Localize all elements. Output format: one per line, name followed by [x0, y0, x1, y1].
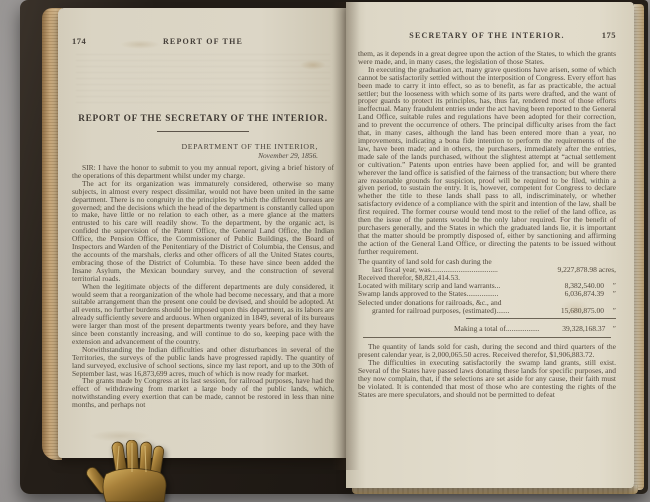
ditto-mark: ″	[604, 307, 616, 315]
report-title: REPORT OF THE SECRETARY OF THE INTERIOR.	[72, 114, 334, 124]
row-label: last fiscal year, was...................…	[358, 266, 498, 274]
total-value: 39,328,168.37	[539, 325, 605, 333]
paragraph: The difficulties in executing satisfacto…	[358, 359, 616, 399]
row-value: 15,680,875.00	[538, 307, 604, 315]
table-row: Swamp lands approved to the States......…	[358, 290, 616, 298]
row-label: Received therefor, $8,821,414.53.	[358, 274, 460, 282]
left-page: 174 REPORT OF THE 174 REPORT OF THE SECR…	[58, 8, 346, 458]
right-running-head: 175 SECRETARY OF THE INTERIOR. 175	[358, 30, 616, 40]
ditto-mark: ″	[604, 290, 616, 298]
title-rule	[157, 131, 249, 132]
book-photo: 174 REPORT OF THE 174 REPORT OF THE SECR…	[0, 0, 650, 502]
department-heading: DEPARTMENT OF THE INTERIOR, November 29,…	[72, 142, 334, 160]
right-running-title: SECRETARY OF THE INTERIOR.	[372, 31, 602, 40]
brass-hand-icon	[84, 440, 196, 502]
right-page-number: 175	[602, 30, 616, 40]
table-total-row: Making a total of.......................…	[358, 325, 616, 333]
left-running-title: REPORT OF THE	[86, 37, 320, 46]
row-value: 6,036,874.39	[538, 290, 604, 298]
table-rule	[363, 337, 611, 338]
department-date: November 29, 1856.	[72, 151, 318, 160]
paragraph: SIR: I have the honor to submit to you m…	[72, 164, 334, 180]
total-label: Making a total of.......................…	[358, 325, 539, 333]
row-label: Selected under donations for railroads, …	[358, 299, 502, 307]
row-label: Located with military scrip and land war…	[358, 282, 500, 290]
table-row: granted for railroad purposes, (estimate…	[358, 307, 616, 315]
left-page-number: 174	[72, 36, 86, 46]
row-value: 9,227,878.98 acres,	[550, 266, 616, 274]
row-label: Swamp lands approved to the States......…	[358, 290, 498, 298]
paragraph: The quantity of lands sold for cash, dur…	[358, 343, 616, 359]
department-name: DEPARTMENT OF THE INTERIOR,	[72, 142, 318, 151]
left-running-head: 174 REPORT OF THE 174	[72, 36, 334, 46]
show-through-text	[76, 54, 330, 104]
paragraph: When the legitimate objects of the diffe…	[72, 283, 334, 346]
right-page: 175 SECRETARY OF THE INTERIOR. 175 them,…	[346, 2, 634, 488]
land-sales-table: The quantity of land sold for cash durin…	[358, 258, 616, 339]
page-edges-right	[634, 4, 644, 490]
table-row: last fiscal year, was...................…	[358, 266, 616, 274]
right-page-body: them, as it depends in a great degree up…	[358, 50, 616, 399]
table-rule	[466, 318, 616, 319]
left-page-body: SIR: I have the honor to submit to you m…	[72, 164, 334, 409]
paragraph: The act for its organization was immatur…	[72, 180, 334, 283]
paragraph: them, as it depends in a great degree up…	[358, 50, 616, 66]
paragraph: The grants made by Congress at its last …	[72, 377, 334, 409]
row-label: granted for railroad purposes, (estimate…	[358, 307, 509, 315]
row-label: The quantity of land sold for cash durin…	[358, 258, 492, 266]
paragraph: In executing the graduation act, many gr…	[358, 66, 616, 256]
ditto-mark: ″	[605, 325, 616, 333]
paragraph: Notwithstanding the Indian difficulties …	[72, 346, 334, 378]
